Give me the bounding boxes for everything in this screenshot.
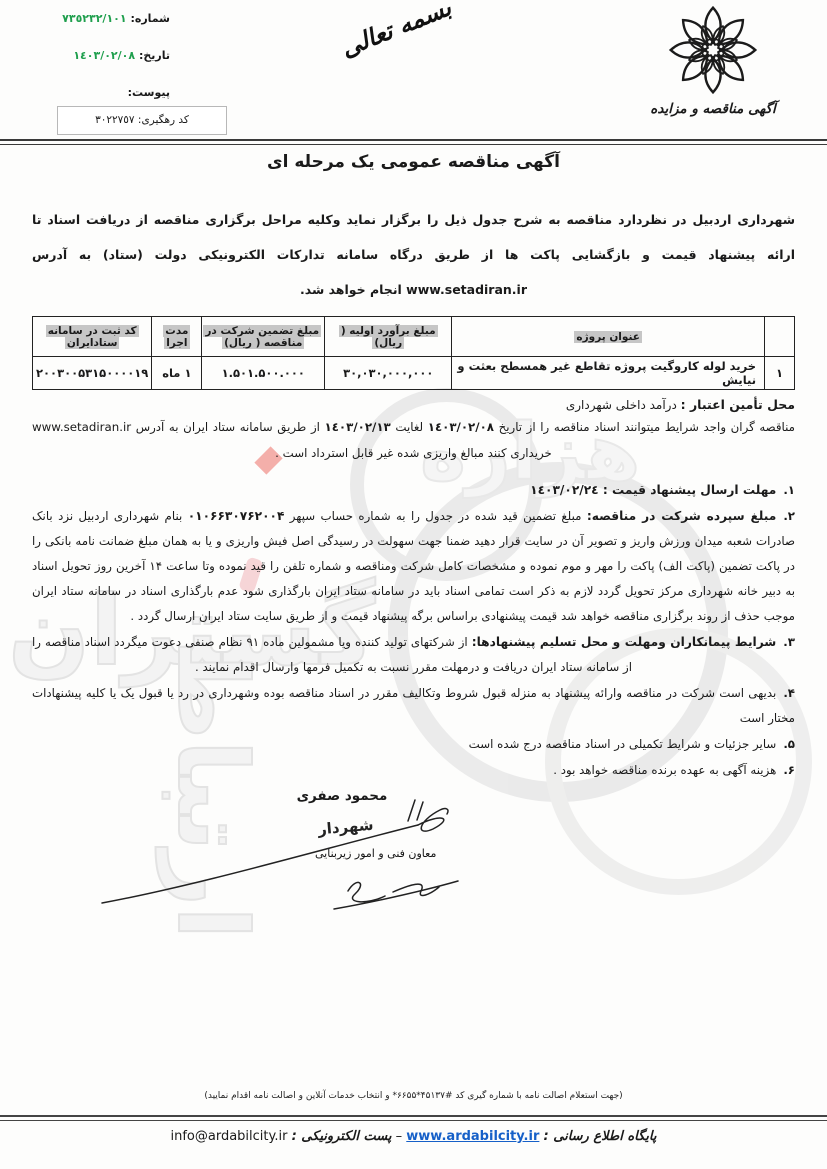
- purchase-date-from: ١٤٠٣/٠٢/٠٨: [428, 420, 494, 434]
- email-address: info@ardabilcity.ir: [170, 1129, 287, 1144]
- email-label: پست الکترونیکی :: [292, 1129, 392, 1144]
- item-bold-label: مهلت ارسال پیشنهاد قیمت :: [599, 483, 777, 497]
- purchase-text2: از طریق سامانه ستاد ایران به آدرس: [131, 420, 324, 434]
- item-text: مبلغ تضمین قید شده در جدول را به شماره ح…: [284, 509, 586, 523]
- intro-text: شهرداری اردبیل در نظردارد مناقصه به شرح …: [32, 212, 795, 262]
- besmellah-calligraphy: بسمه تعالی: [337, 0, 455, 63]
- document-purchase-paragraph: مناقصه گران واجد شرایط میتوانند اسناد من…: [32, 414, 795, 466]
- municipality-logo-block: آگهی مناقصه و مزایده: [638, 4, 788, 117]
- funding-value: درآمد داخلی شهرداری: [566, 398, 681, 412]
- item-number: ۵.: [776, 737, 795, 751]
- tracking-code-value: ٣٠٢٢٧٥٧: [95, 114, 134, 126]
- list-item-other-details: ۵.سایر جزئیات و شرایط تکمیلی در اسناد من…: [32, 732, 795, 757]
- cell-row-number: ۱: [765, 357, 795, 390]
- list-item-deposit: ٢.مبلغ سپرده شرکت در مناقصه: مبلغ تضمین …: [32, 504, 795, 629]
- authenticity-note: (جهت استعلام اصالت نامه با شماره گیری کد…: [0, 1091, 827, 1101]
- tracking-code-box: کد رهگیری: ٣٠٢٢٧٥٧: [57, 106, 227, 135]
- tracking-code-label: کد رهگیری:: [138, 114, 189, 126]
- letter-date-value: ١٤٠٣/٠٢/٠٨: [73, 49, 135, 62]
- letter-attachment-label: پیوست:: [128, 86, 170, 99]
- ussd-code: *۶۶۵۵*۴۵۱۳۷#: [392, 1091, 452, 1101]
- cell-setad-code: ۲۰۰۳۰۰۵۳۱۵۰۰۰۰۱۹: [33, 357, 152, 390]
- letter-number: شماره: ٧٣٥٢٣٢/١٠١: [62, 12, 170, 25]
- signature-block: محمود صفری شهردار معاون فنی و امور زیربن…: [90, 785, 520, 925]
- list-item-contractor-conditions: ٣.شرایط پیمانکاران ومهلت و محل تسلیم پیش…: [32, 630, 795, 680]
- header-row-number: [765, 317, 795, 357]
- item-bold-label: شرایط پیمانکاران ومهلت و محل تسلیم پیشنه…: [472, 635, 777, 649]
- item-text: بنام شهرداری اردبیل نزد بانک صادرات شعبه…: [32, 509, 795, 623]
- item-number: ۴.: [776, 686, 795, 700]
- document-body: شهرداری اردبیل در نظردارد مناقصه به شرح …: [32, 198, 795, 783]
- purchase-date-to: ١٤٠٣/٠٢/١٣: [325, 420, 391, 434]
- header-setad-code: کد ثبت در سامانه ستادایران: [33, 317, 152, 357]
- list-item-acceptance: ۴.بدیهی است شرکت در مناقصه وارائه پیشنها…: [32, 681, 795, 731]
- item-text: هزینه آگهی به عهده برنده مناقصه خواهد بو…: [553, 763, 776, 777]
- funding-label: محل تأمین اعتبار :: [681, 397, 795, 412]
- item-text: بدیهی است شرکت در مناقصه وارائه پیشنهاد …: [32, 686, 795, 725]
- logo-caption: آگهی مناقصه و مزایده: [638, 101, 788, 117]
- footer-contact-line: پایگاه اطلاع رسانی : www.ardabilcity.ir …: [0, 1129, 827, 1144]
- letter-attachment: پیوست:: [128, 86, 170, 99]
- handwritten-signature: [90, 785, 520, 925]
- proposal-deadline-date: ١٤٠٣/٠٢/٢٤: [530, 483, 598, 497]
- tender-table: عنوان پروژه مبلغ برآورد اولیه ( ریال) مب…: [32, 316, 795, 390]
- tender-table-header-row: عنوان پروژه مبلغ برآورد اولیه ( ریال) مب…: [33, 317, 795, 357]
- item-bold-label: مبلغ سپرده شرکت در مناقصه:: [587, 509, 776, 523]
- list-item-ad-cost: ۶.هزینه آگهی به عهده برنده مناقصه خواهد …: [32, 758, 795, 783]
- footer-dash: –: [396, 1129, 403, 1144]
- cell-guarantee-amount: ۱.۵۰۱.۵۰۰.۰۰۰: [202, 357, 325, 390]
- conditions-list: ١.مهلت ارسال پیشنهاد قیمت : ١٤٠٣/٠٢/٢٤ ٢…: [32, 478, 795, 783]
- footer-divider: [0, 1115, 827, 1121]
- header-initial-estimate: مبلغ برآورد اولیه ( ریال): [325, 317, 452, 357]
- header-guarantee-amount: مبلغ تضمین شرکت در مناقصه ( ریال): [202, 317, 325, 357]
- cell-duration: ۱ ماه: [152, 357, 202, 390]
- purchase-text3: خریداری کنند مبالغ واریزی شده غیر قابل ا…: [275, 446, 552, 460]
- document-page: هزاره گستران ارتباط شماره: ٧٣٥٢٣٢/١٠١ تا…: [0, 0, 827, 1169]
- letter-date-label: تاریخ:: [139, 49, 170, 62]
- item-number: ۶.: [776, 763, 795, 777]
- setadiran-url: www.setadiran.ir: [406, 282, 527, 297]
- website-label: پایگاه اطلاع رسانی :: [544, 1129, 657, 1144]
- website-link[interactable]: www.ardabilcity.ir: [406, 1129, 539, 1144]
- intro-tail: انجام خواهد شد.: [300, 282, 406, 297]
- tender-table-data-row: ۱ خرید لوله کاروگیت پروژه تقاطع غیر همسط…: [33, 357, 795, 390]
- authenticity-text-tail: و انتخاب خدمات آنلاین و اصالت نامه اقدام…: [204, 1091, 392, 1101]
- ardabil-municipality-logo-icon: [667, 4, 759, 96]
- header-duration: مدت اجرا: [152, 317, 202, 357]
- page-title: آگهی مناقصه عمومی یک مرحله ای: [0, 152, 827, 172]
- authenticity-text: (جهت استعلام اصالت نامه با شماره گیری کد: [452, 1091, 622, 1101]
- bank-account-number: ۰۱۰۶۶۳۰۷۶۲۰۰۴: [188, 509, 285, 523]
- purchase-until: لغایت: [391, 420, 428, 434]
- cell-initial-estimate: ۳۰,۰۳۰,۰۰۰,۰۰۰: [325, 357, 452, 390]
- header-divider: [0, 139, 827, 145]
- intro-paragraph: شهرداری اردبیل در نظردارد مناقصه به شرح …: [32, 202, 795, 307]
- cell-project-title: خرید لوله کاروگیت پروژه تقاطع غیر همسطح …: [452, 357, 765, 390]
- setadiran-url-2: www.setadiran.ir: [32, 420, 131, 434]
- list-item-deadline: ١.مهلت ارسال پیشنهاد قیمت : ١٤٠٣/٠٢/٢٤: [32, 478, 795, 503]
- letter-number-value: ٧٣٥٢٣٢/١٠١: [62, 12, 126, 25]
- item-number: ٢.: [776, 509, 795, 523]
- header-project-title: عنوان پروژه: [452, 317, 765, 357]
- item-number: ١.: [776, 483, 795, 497]
- item-text: سایر جزئیات و شرایط تکمیلی در اسناد مناق…: [469, 737, 777, 751]
- letter-date: تاریخ: ١٤٠٣/٠٢/٠٨: [73, 49, 170, 62]
- letter-number-label: شماره:: [130, 12, 170, 25]
- funding-source-line: محل تأمین اعتبار : درآمد داخلی شهرداری: [32, 397, 795, 412]
- purchase-text: مناقصه گران واجد شرایط میتوانند اسناد من…: [494, 420, 795, 434]
- item-number: ٣.: [776, 635, 795, 649]
